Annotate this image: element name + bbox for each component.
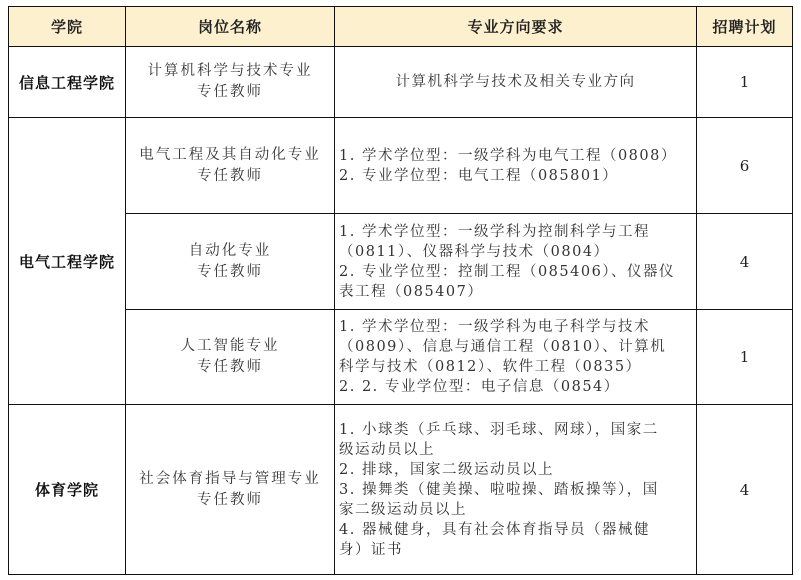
plan-count: 4: [697, 405, 793, 575]
requirement-line: 2. 排球，国家二级运动员以上: [339, 460, 692, 480]
requirement-line: （0811）、仪器科学与技术（0804）: [339, 242, 692, 262]
requirements: 1. 学术学位型：一级学科为电子科学与技术 （0809）、信息与通信工程（081…: [335, 310, 697, 405]
requirement-line: 身）证书: [339, 540, 692, 560]
requirement-line: 级运动员以上: [339, 440, 692, 460]
requirement-line: 1. 学术学位型：一级学科为电子科学与技术: [339, 317, 692, 337]
position-title-line: 自动化专业: [130, 241, 330, 262]
requirement-line: （0809）、信息与通信工程（0810）、计算机: [339, 337, 692, 357]
requirements: 1. 学术学位型：一级学科为控制科学与工程 （0811）、仪器科学与技术（080…: [335, 214, 697, 310]
requirement-line: 2. 专业学位型：电气工程（085801）: [339, 166, 692, 186]
header-position: 岗位名称: [126, 7, 335, 47]
requirement-line: 1. 学术学位型：一级学科为控制科学与工程: [339, 222, 692, 242]
recruitment-table: 学院 岗位名称 专业方向要求 招聘计划 信息工程学院 计算机科学与技术专业 专任…: [8, 6, 793, 575]
college-name: 体育学院: [9, 405, 126, 575]
requirement-line: 科学与技术（0812）、软件工程（0835）: [339, 357, 692, 377]
position-title-line: 社会体育指导与管理专业: [130, 469, 330, 490]
position-title-line: 专任教师: [130, 262, 330, 283]
requirement-line: 4. 器械健身，具有社会体育指导员（器械健: [339, 520, 692, 540]
requirement-line: 3. 操舞类（健美操、啦啦操、踏板操等），国: [339, 480, 692, 500]
college-name: 电气工程学院: [9, 118, 126, 405]
plan-count: 4: [697, 214, 793, 310]
position-title-line: 电气工程及其自动化专业: [130, 145, 330, 166]
position-title-line: 专任教师: [130, 357, 330, 378]
requirement-line: 表工程（085407）: [339, 282, 692, 302]
position-title: 自动化专业 专任教师: [126, 214, 335, 310]
plan-count: 6: [697, 118, 793, 214]
position-title: 人工智能专业 专任教师: [126, 310, 335, 405]
position-title-line: 计算机科学与技术专业: [130, 61, 330, 82]
position-title-line: 专任教师: [130, 82, 330, 103]
requirement-line: 1. 小球类（乒乓球、羽毛球、网球），国家二: [339, 420, 692, 440]
header-plan: 招聘计划: [697, 7, 793, 47]
position-title-line: 专任教师: [130, 490, 330, 511]
header-college: 学院: [9, 7, 126, 47]
table-row: 信息工程学院 计算机科学与技术专业 专任教师 计算机科学与技术及相关专业方向 1: [9, 47, 793, 118]
requirement-line: 1. 学术学位型：一级学科为电气工程（0808）: [339, 146, 692, 166]
college-name: 信息工程学院: [9, 47, 126, 118]
header-requirements: 专业方向要求: [335, 7, 697, 47]
requirements: 1. 学术学位型：一级学科为电气工程（0808） 2. 专业学位型：电气工程（0…: [335, 118, 697, 214]
position-title-line: 专任教师: [130, 166, 330, 187]
position-title-line: 人工智能专业: [130, 336, 330, 357]
position-title: 电气工程及其自动化专业 专任教师: [126, 118, 335, 214]
table-row: 人工智能专业 专任教师 1. 学术学位型：一级学科为电子科学与技术 （0809）…: [9, 310, 793, 405]
requirement-line: 家二级运动员以上: [339, 500, 692, 520]
position-title: 计算机科学与技术专业 专任教师: [126, 47, 335, 118]
plan-count: 1: [697, 310, 793, 405]
requirements: 1. 小球类（乒乓球、羽毛球、网球），国家二 级运动员以上 2. 排球，国家二级…: [335, 405, 697, 575]
header-row: 学院 岗位名称 专业方向要求 招聘计划: [9, 7, 793, 47]
requirement-line: 2. 专业学位型：控制工程（085406）、仪器仪: [339, 262, 692, 282]
requirement-line: 2. 2. 专业学位型：电子信息（0854）: [339, 377, 692, 397]
requirements: 计算机科学与技术及相关专业方向: [335, 47, 697, 118]
table-row: 体育学院 社会体育指导与管理专业 专任教师 1. 小球类（乒乓球、羽毛球、网球）…: [9, 405, 793, 575]
table-row: 自动化专业 专任教师 1. 学术学位型：一级学科为控制科学与工程 （0811）、…: [9, 214, 793, 310]
table-row: 电气工程学院 电气工程及其自动化专业 专任教师 1. 学术学位型：一级学科为电气…: [9, 118, 793, 214]
position-title: 社会体育指导与管理专业 专任教师: [126, 405, 335, 575]
requirement-line: 计算机科学与技术及相关专业方向: [339, 72, 692, 92]
plan-count: 1: [697, 47, 793, 118]
